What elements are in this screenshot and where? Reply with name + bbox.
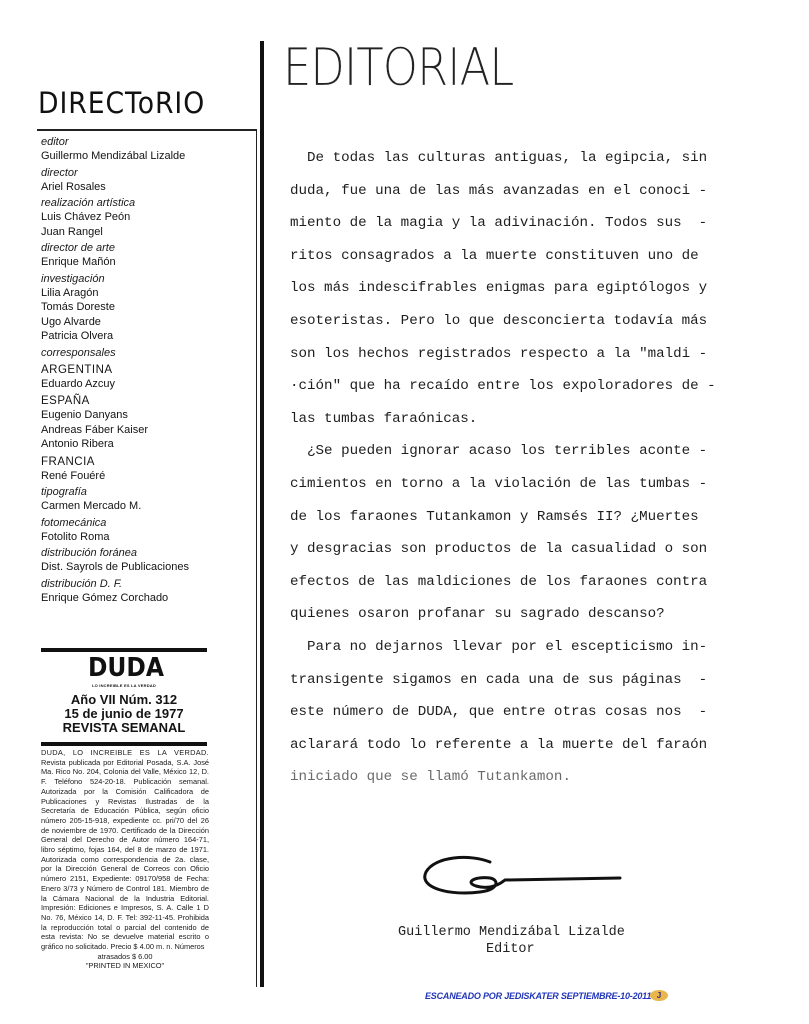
scanner-badge-icon: J <box>650 990 668 1001</box>
editorial-line: ritos consagrados a la muerte constituve… <box>290 240 809 273</box>
directory-role: director de arte <box>41 242 251 255</box>
editorial-line: miento de la magia y la adivinación. Tod… <box>290 207 809 240</box>
directory-group: distribución D. F.Enrique Gómez Corchado <box>41 578 251 606</box>
directory-name: Dist. Sayrols de Publicaciones <box>41 560 251 575</box>
directory-role: tipografía <box>41 486 251 499</box>
directory-name: Fotolito Roma <box>41 530 251 545</box>
directory-group: distribución foráneaDist. Sayrols de Pub… <box>41 547 251 575</box>
editorial-line: De todas las culturas antiguas, la egipc… <box>290 142 809 175</box>
directory-role: distribución foránea <box>41 547 251 560</box>
directory-group: director de arteEnrique Mañón <box>41 242 251 270</box>
directory-name: Lilia Aragón <box>41 286 251 301</box>
directory-group: fotomecánicaFotolito Roma <box>41 517 251 545</box>
editorial-line: los más indescifrables enigmas para egip… <box>290 272 809 305</box>
editorial-line: transigente sigamos en cada una de sus p… <box>290 664 809 697</box>
editorial-paragraph: De todas las culturas antiguas, la egipc… <box>290 142 809 435</box>
directory-country: ESPAÑA <box>41 394 251 408</box>
duda-tagline: LO INCREIBLE ES LA VERDAD <box>84 683 164 688</box>
editorial-line: iniciado que se llamó Tutankamon. <box>290 761 809 794</box>
directory-group: editorGuillermo Mendizábal Lizalde <box>41 136 251 164</box>
frame-thin-divider <box>256 130 257 987</box>
directory-list: editorGuillermo Mendizábal Lizaldedirect… <box>41 136 251 608</box>
directory-group: FRANCIARené Fouéré <box>41 455 251 484</box>
directory-group: investigaciónLilia AragónTomás DoresteUg… <box>41 273 251 344</box>
directory-name: Carmen Mercado M. <box>41 499 251 514</box>
directory-role: distribución D. F. <box>41 578 251 591</box>
printed-in-mexico: "PRINTED IN MEXICO" <box>41 961 209 971</box>
signature-title: Editor <box>486 942 535 957</box>
issue-number: Año VII Núm. 312 <box>41 693 207 707</box>
directory-name: Antonio Ribera <box>41 437 251 452</box>
duda-logo: DUDA <box>88 655 160 681</box>
editorial-line: cimientos en torno a la violación de las… <box>290 468 809 501</box>
editorial-line: son los hechos registrados respecto a la… <box>290 338 809 371</box>
directory-group: ESPAÑAEugenio DanyansAndreas Fáber Kaise… <box>41 394 251 452</box>
editorial-line: aclarará todo lo referente a la muerte d… <box>290 729 809 762</box>
editorial-line: este número de DUDA, que entre otras cos… <box>290 696 809 729</box>
directory-name: René Fouéré <box>41 469 251 484</box>
directory-group: realización artísticaLuis Chávez PeónJua… <box>41 197 251 239</box>
directory-name: Enrique Gómez Corchado <box>41 591 251 606</box>
directory-role: corresponsales <box>41 347 251 360</box>
editorial-line: ·ción" que ha recaído entre los expolora… <box>290 370 809 403</box>
masthead-rule-top <box>41 648 207 652</box>
directory-country: ARGENTINA <box>41 363 251 377</box>
legal-back-issue-price: atrasados $ 6.00 <box>41 952 209 962</box>
directory-group: corresponsales <box>41 347 251 360</box>
editorial-line: y desgracias son productos de la casuali… <box>290 533 809 566</box>
directory-name: Eugenio Danyans <box>41 408 251 423</box>
directory-name: Tomás Doreste <box>41 300 251 315</box>
directory-group: ARGENTINAEduardo Azcuy <box>41 363 251 392</box>
issue-info: Año VII Núm. 312 15 de junio de 1977 REV… <box>41 693 207 735</box>
issue-date: 15 de junio de 1977 <box>41 707 207 721</box>
editorial-paragraph: Para no dejarnos llevar por el esceptici… <box>290 631 809 794</box>
editorial-line: ¿Se pueden ignorar acaso los terribles a… <box>290 435 809 468</box>
editor-signature <box>420 850 650 910</box>
editorial-line: de los faraones Tutankamon y Ramsés II? … <box>290 501 809 534</box>
masthead-rule-bottom <box>41 742 207 746</box>
directory-top-rule <box>37 129 257 131</box>
issue-frequency: REVISTA SEMANAL <box>41 721 207 735</box>
directory-group: directorAriel Rosales <box>41 167 251 195</box>
editorial-body: De todas las culturas antiguas, la egipc… <box>290 142 809 794</box>
editorial-title: EDITORIAL <box>283 38 513 98</box>
legal-body: Revista publicada por Editorial Posada, … <box>41 758 209 951</box>
editorial-line: efectos de las maldiciones de los faraon… <box>290 566 809 599</box>
editorial-line: quienes osaron profanar su sagrado desca… <box>290 598 809 631</box>
directory-name: Guillermo Mendizábal Lizalde <box>41 149 251 164</box>
directory-name: Enrique Mañón <box>41 255 251 270</box>
editorial-line: Para no dejarnos llevar por el esceptici… <box>290 631 809 664</box>
legal-heading: DUDA, LO INCREIBLE ES LA VERDAD. <box>41 748 209 757</box>
directory-role: fotomecánica <box>41 517 251 530</box>
frame-thick-divider <box>260 41 264 987</box>
directory-role: editor <box>41 136 251 149</box>
directory-group: tipografíaCarmen Mercado M. <box>41 486 251 514</box>
directory-name: Ariel Rosales <box>41 180 251 195</box>
directory-country: FRANCIA <box>41 455 251 469</box>
directory-name: Eduardo Azcuy <box>41 377 251 392</box>
directory-name: Ugo Alvarde <box>41 315 251 330</box>
editorial-line: esoteristas. Pero lo que desconcierta to… <box>290 305 809 338</box>
editorial-line: las tumbas faraónicas. <box>290 403 809 436</box>
directory-role: realización artística <box>41 197 251 210</box>
legal-notice: DUDA, LO INCREIBLE ES LA VERDAD. Revista… <box>41 748 209 971</box>
directory-name: Patricia Olvera <box>41 329 251 344</box>
editorial-paragraph: ¿Se pueden ignorar acaso los terribles a… <box>290 435 809 631</box>
scan-credit: ESCANEADO POR JEDISKATER SEPTIEMBRE-10-2… <box>425 991 651 1001</box>
directory-name: Andreas Fáber Kaiser <box>41 423 251 438</box>
directory-name: Juan Rangel <box>41 225 251 240</box>
directory-title: DIRECToRIO <box>38 86 205 120</box>
directory-name: Luis Chávez Peón <box>41 210 251 225</box>
editorial-line: duda, fue una de las más avanzadas en el… <box>290 175 809 208</box>
signature-name: Guillermo Mendizábal Lizalde <box>398 925 625 940</box>
directory-role: investigación <box>41 273 251 286</box>
directory-role: director <box>41 167 251 180</box>
